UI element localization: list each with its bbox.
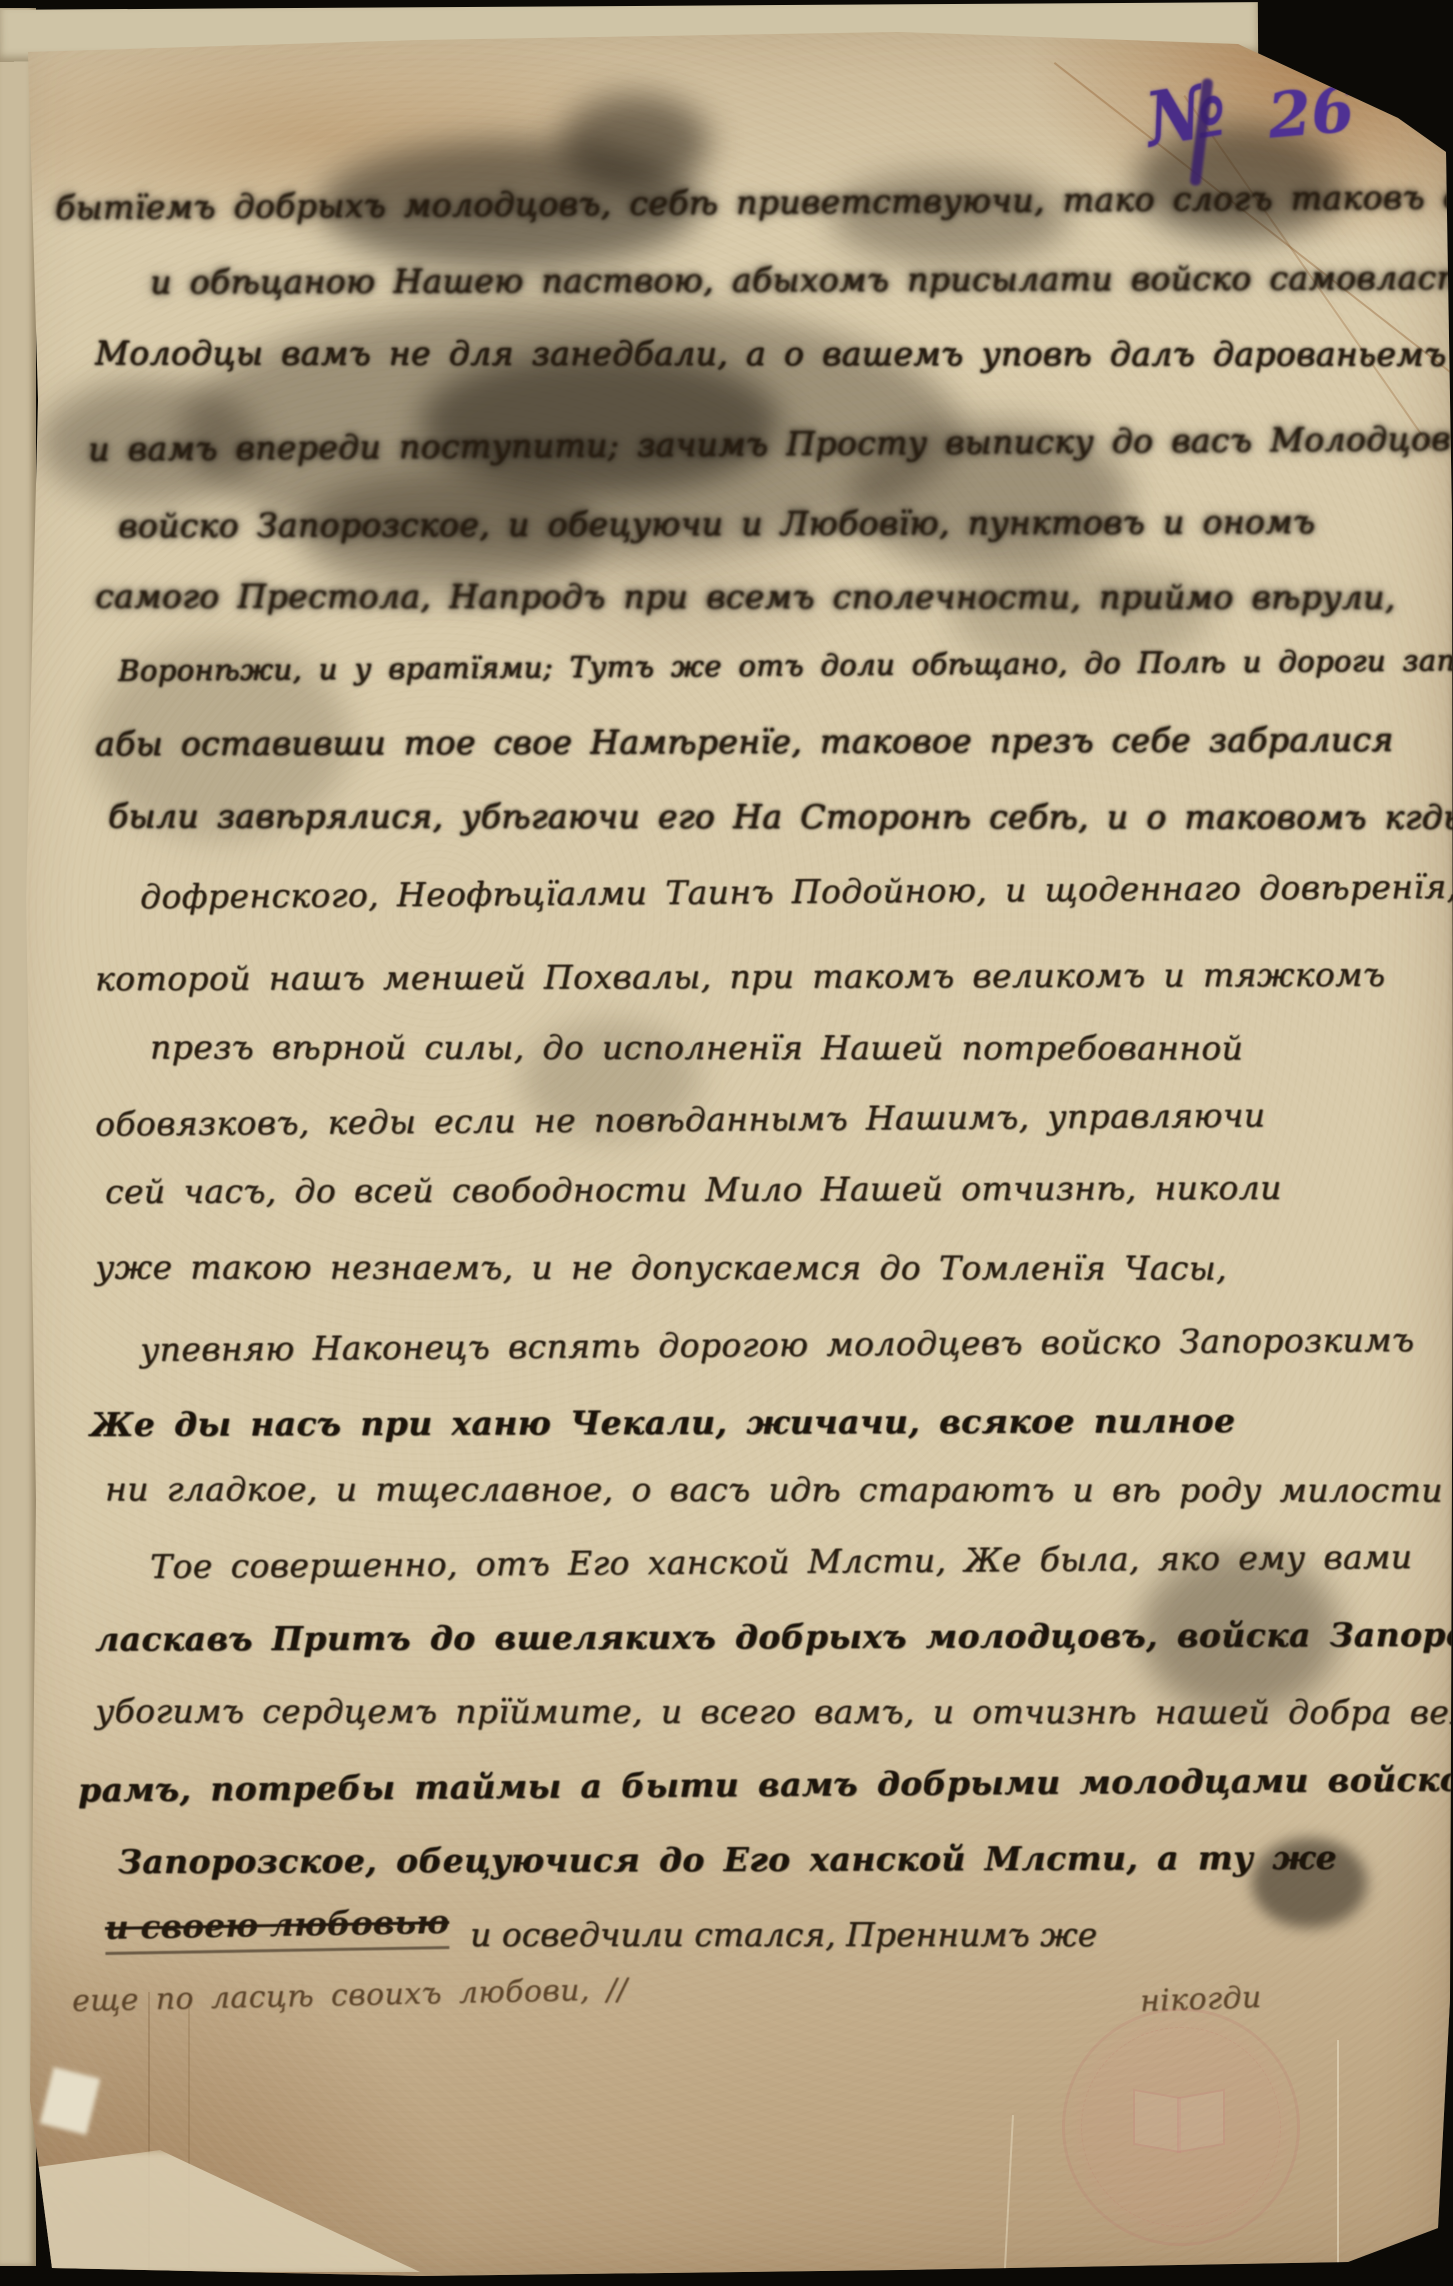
- ink-smudge: [560, 95, 710, 190]
- library-stamp: [1062, 2008, 1300, 2246]
- manuscript-line: которой нашъ меншей Похвалы, при такомъ …: [95, 955, 1385, 999]
- open-book-icon: [1177, 2089, 1225, 2153]
- manuscript-line: уже такою незнаемъ, и не допускаемся до …: [95, 1248, 1227, 1288]
- manuscript-line: абы оставивши тое свое Намѣренїе, таково…: [95, 720, 1394, 764]
- crease-line: [1337, 2040, 1339, 2265]
- struck-row-continuation: и осведчили стался, Преннимъ же: [470, 1915, 1097, 1954]
- struck-phrase: и своею любовью: [105, 1902, 450, 1955]
- manuscript-line: ни гладкое, и тщеславное, о васъ идѣ ста…: [105, 1469, 1443, 1509]
- archival-number-value: 26: [1265, 72, 1357, 152]
- manuscript-line: ласкавъ Притъ до вшелякихъ добрыхъ молод…: [95, 1614, 1453, 1658]
- manuscript-line: убогимъ сердцемъ прїймите, и всего вамъ,…: [95, 1691, 1453, 1731]
- struck-phrase-row: и своею любовью: [105, 1905, 449, 1952]
- manuscript-paper: бытїемъ добрыхъ молодцовъ, себѣ приветст…: [0, 0, 1453, 2286]
- manuscript-line: войско Запорозское, и обецуючи и Любовїю…: [118, 502, 1315, 545]
- manuscript-line: сей часъ, до всей свободности Мило Нашей…: [105, 1168, 1282, 1211]
- open-book-icon: [1133, 2089, 1181, 2153]
- manuscript-line: презъ вѣрной силы, до исполненїя Нашей п…: [150, 1028, 1243, 1068]
- manuscript-line: Молодцы вамъ не для занедбали, а о вашем…: [95, 333, 1446, 373]
- manuscript-line: самого Престола, Напродъ при всемъ споле…: [95, 576, 1396, 616]
- manuscript-line: и обѣцаною Нашею паствою, абыхомъ присыл…: [150, 258, 1453, 302]
- archival-number-sign: №: [1140, 66, 1233, 164]
- manuscript-line: были завѣрялися, убѣгаючи его На Сторонѣ…: [108, 796, 1453, 836]
- scanned-manuscript-page: бытїемъ добрыхъ молодцовъ, себѣ приветст…: [0, 0, 1453, 2286]
- manuscript-line: Же ды насъ при ханю Чекали, жичачи, всяк…: [90, 1401, 1235, 1444]
- manuscript-line: Запорозское, обецуючися до Его ханской М…: [118, 1838, 1337, 1881]
